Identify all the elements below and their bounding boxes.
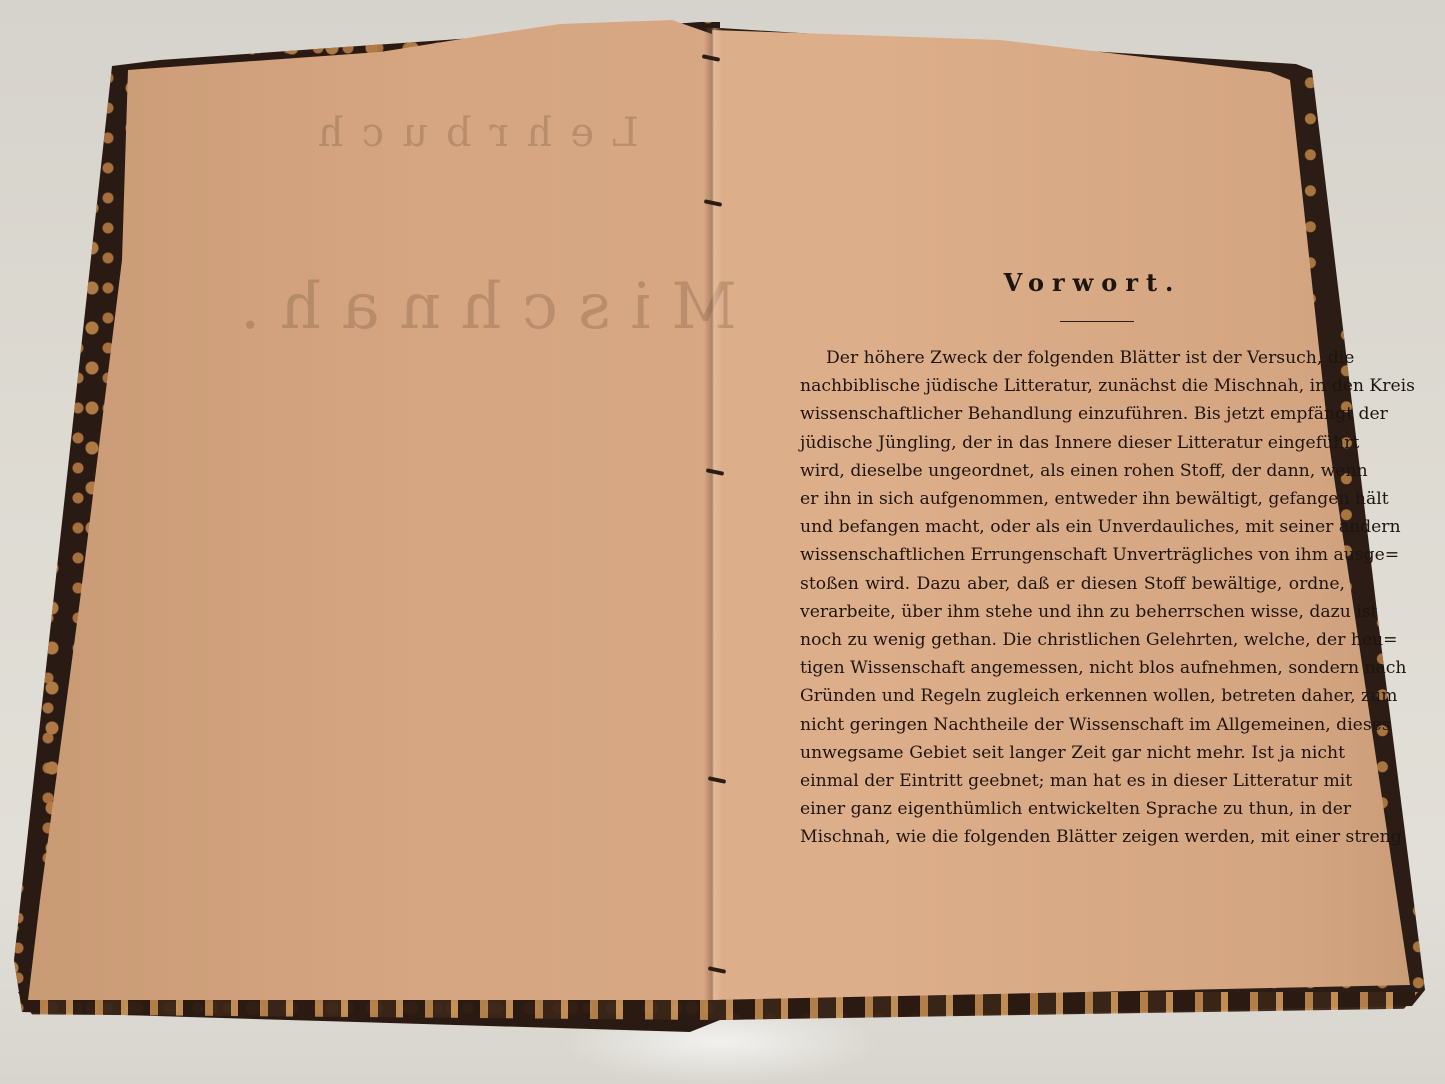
text-line: noch zu wenig gethan. Die christlichen G… <box>800 626 1345 654</box>
text-line: wissenschaftlicher Behandlung einzuführe… <box>800 400 1345 428</box>
text-line: unwegsame Gebiet seit langer Zeit gar ni… <box>800 739 1345 767</box>
heading-rule <box>1060 321 1134 322</box>
text-line: nicht geringen Nachtheile der Wissenscha… <box>800 711 1345 739</box>
text-line: stoßen wird. Dazu aber, daß er diesen St… <box>800 570 1345 598</box>
book-gutter <box>704 28 722 1000</box>
text-line: Der höhere Zweck der folgenden Blätter i… <box>800 344 1345 372</box>
foreword-heading: Vorwort. <box>800 268 1345 297</box>
show-through-title-2: Mischnah. <box>220 270 737 344</box>
text-line: wird, dieselbe ungeordnet, als einen roh… <box>800 457 1345 485</box>
foreword-paragraph: Der höhere Zweck der folgenden Blätter i… <box>800 344 1345 852</box>
text-line: er ihn in sich aufgenommen, entweder ihn… <box>800 485 1345 513</box>
text-line: und befangen macht, oder als ein Unverda… <box>800 513 1345 541</box>
text-line: einer ganz eigenthümlich entwickelten Sp… <box>800 795 1345 823</box>
text-line: Mischnah, wie die folgenden Blätter zeig… <box>800 823 1345 851</box>
text-line: tigen Wissenschaft angemessen, nicht blo… <box>800 654 1345 682</box>
foreword-text-block: Vorwort. Der höhere Zweck der folgenden … <box>800 268 1345 852</box>
text-line: Gründen und Regeln zugleich erkennen wol… <box>800 682 1345 710</box>
text-line: einmal der Eintritt geebnet; man hat es … <box>800 767 1345 795</box>
text-line: nachbiblische jüdische Litteratur, zunäc… <box>800 372 1345 400</box>
text-line: verarbeite, über ihm stehe und ihn zu be… <box>800 598 1345 626</box>
text-line: wissenschaftlichen Errungenschaft Unvert… <box>800 541 1345 569</box>
text-line: jüdische Jüngling, der in das Innere die… <box>800 429 1345 457</box>
show-through-title-1: Lehrbuch <box>300 110 639 156</box>
